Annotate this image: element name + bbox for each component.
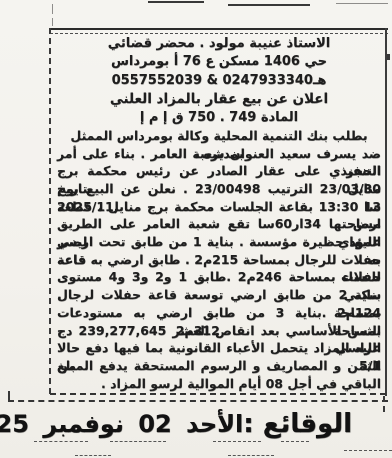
notice-box-border-bottom [50,393,386,395]
notice-line: في أجل 08 أيام الموالية لرسو المزاد . [57,375,381,393]
officer-address-line: حي 1406 مسكن ع 76 أ بومرداس [57,53,381,71]
newspaper-name: الوقائع : [243,409,352,439]
notice-title: اعلان عن بيع عقار بالمزاد العلني [57,90,381,108]
notice-line: عليه المزاد يتحمل الأعباء القانونية بما … [57,339,381,357]
notice-line: سا 13:30 بقاعة الجلسات محكمة برج منايل ،… [57,198,381,216]
scan-artifact-dash [34,441,88,442]
notice-box-border-right [385,28,387,396]
scan-artifact-tick [52,18,53,26]
notice-line: 23/03/30 الترتيب 23/00498 . نعلن عن البي… [57,180,381,198]
notice-box-border-top [50,28,388,30]
scan-artifact-right-edge [383,396,385,412]
scan-artifact-dash [148,1,204,3]
scanned-newspaper-notice: الاستاذ عنيبة مولود . محضر قضائي حي 1406… [0,0,392,458]
scan-artifact-dash [228,4,310,6]
notice-line: الثمن و المصاريف و الرسوم المستحقة يدفع … [57,357,381,375]
footer-issue-date: الأحد 02 نوفمبر 2025م [0,410,243,438]
scan-artifact-dash [75,455,111,456]
notice-line: حفلات للرجال بمساحة 215م2 . طابق ارضي به… [57,251,381,269]
phone-numbers-line: هـ0247933340 & 0557552039 [57,72,381,90]
officer-name-line: الاستاذ عنيبة مولود . محضر قضائي [57,35,381,53]
notice-line: 124م2 .بناية 3 من طابق ارضي به مستودعات … [57,304,381,322]
scan-artifact-dash [344,450,392,451]
notice-line: الثمن الأساسي بعد انقاص العشر 239,277,64… [57,322,381,340]
auction-notice-text: الاستاذ عنيبة مولود . محضر قضائي حي 1406… [57,35,381,392]
notice-line: عليها حظيرة مؤسسة . بناية 1 من طابق تحت … [57,233,381,251]
notice-line: بطلب بنك التنمية المحلية وكالة بومرداس ا… [57,127,381,145]
scan-artifact-dash [228,455,274,456]
notice-line: بناية 2 من طابق ارضي توسعة قاعة حفلات لر… [57,286,381,304]
scan-artifact-dash [110,441,166,442]
notice-line: للنساء بمساحة 246م2 .طابق 1 و2 و3 و4 مست… [57,268,381,286]
notice-line: التنفيذي على عقار الصادر عن رئيس محكمة ب… [57,162,381,180]
legal-articles-line: المادة 749 . 750 ق إ م إ [57,109,381,127]
scan-artifact-dash [213,441,261,442]
newspaper-footer: الوقائع : الأحد 02 نوفمبر 2025م [28,404,352,444]
scan-artifact-dash [336,3,388,4]
footer-separator-line [8,400,388,402]
footer-separator-hook [8,391,10,402]
notice-box-border-left [49,28,51,394]
scan-artifact-tick [52,4,53,14]
notice-line: ضد يسرف سعيد العنوان شعبة العامر . بناء … [57,145,381,163]
notice-box-border-top-inner [50,33,388,34]
scan-artifact-dash [281,441,309,442]
notice-line: مساحتها 34ار60سا تقع شعبة العامر على الط… [57,215,381,233]
